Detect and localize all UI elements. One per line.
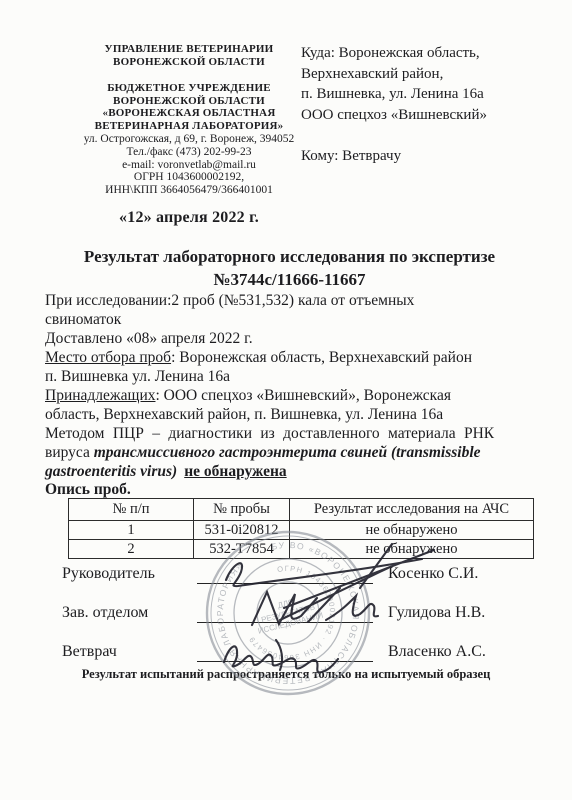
delivered-line: Доставлено «08» апреля 2022 г. <box>45 329 534 348</box>
signer-role: Ветврач <box>62 643 117 661</box>
recipient-line: ООО спецхоз «Вишневский» <box>301 105 551 126</box>
sampling-place-text: : Воронежская область, Верхнехавский рай… <box>171 349 472 366</box>
authority-line: УПРАВЛЕНИЕ ВЕТЕРИНАРИИ <box>38 43 340 56</box>
paragraph-sampling-place: Место отбора проб: Воронежская область, … <box>45 348 534 386</box>
table-header-row: № п/п № пробы Результат исследования на … <box>69 499 534 521</box>
recipient-attn: Кому: Ветврачу <box>301 146 551 167</box>
signature-ink-kosenko <box>284 550 434 608</box>
sender-block: УПРАВЛЕНИЕ ВЕТЕРИНАРИИ ВОРОНЕЖСКОЙ ОБЛАС… <box>38 43 340 227</box>
signer-role: Зав. отделом <box>62 604 148 622</box>
sampling-place-label: Место отбора проб <box>45 349 171 366</box>
title-line: Результат лабораторного исследования по … <box>45 246 534 269</box>
research-line: При исследовании:2 проб (№531,532) кала … <box>45 291 534 310</box>
letter-body: Результат лабораторного исследования по … <box>45 246 534 559</box>
owner-label: Принадлежащих <box>45 387 155 404</box>
page-title: Результат лабораторного исследования по … <box>45 246 534 291</box>
scanned-letter-page: УПРАВЛЕНИЕ ВЕТЕРИНАРИИ ВОРОНЕЖСКОЙ ОБЛАС… <box>0 0 572 800</box>
disease-name-italic: трансмиссивного гастроэнтерита свиней (t… <box>94 444 481 461</box>
method-line: Методом ПЦР – диагностики из доставленно… <box>45 424 534 443</box>
recipient-line: Куда: Воронежская область, <box>301 43 551 64</box>
sampling-place-text: п. Вишневка ул. Ленина 16а <box>45 367 534 386</box>
result-not-detected: не обнаружена <box>184 463 286 480</box>
research-line: свиноматок <box>45 310 534 329</box>
paragraph-owner: Принадлежащих: ООО спецхоз «Вишневский»,… <box>45 386 534 424</box>
column-header: № п/п <box>69 499 194 521</box>
recipient-line: Верхнехавский район, <box>301 64 551 85</box>
sender-ogrn: ОГРН 1043600002192, <box>38 171 340 184</box>
signature-ink-gulidova <box>280 568 388 620</box>
sender-address: ул. Острогожская, д 69, г. Воронеж, 3940… <box>38 133 340 146</box>
column-header: Результат исследования на АЧС <box>290 499 534 521</box>
recipient-line: п. Вишневка, ул. Ленина 16а <box>301 84 551 105</box>
owner-text: область, Верхнехавский район, п. Вишневк… <box>45 405 534 424</box>
paragraph-delivered: Доставлено «08» апреля 2022 г. <box>45 329 534 348</box>
method-text: вируса <box>45 444 94 461</box>
recipient-block: Куда: Воронежская область, Верхнехавский… <box>301 43 551 167</box>
signature-ink-kosenko <box>226 559 422 586</box>
organization-line: ВОРОНЕЖСКОЙ ОБЛАСТИ <box>38 95 340 108</box>
column-header: № пробы <box>194 499 290 521</box>
signature-ink-gulidova <box>308 588 378 622</box>
title-line: №3744с/11666-11667 <box>45 269 534 292</box>
organization-line: ВЕТЕРИНАРНАЯ ЛАБОРАТОРИЯ» <box>38 120 340 133</box>
handwritten-signatures-ink <box>180 528 540 678</box>
inventory-heading: Опись проб. <box>45 481 534 498</box>
disease-name-italic: gastroenteritis virus) <box>45 463 177 480</box>
owner-text: : ООО спецхоз «Вишневский», Воронежская <box>155 387 451 404</box>
table-cell: 2 <box>69 540 194 559</box>
sender-email: e-mail: voronvetlab@mail.ru <box>38 159 340 172</box>
sender-inn-kpp: ИНН\КПП 3664056479/366401001 <box>38 184 340 197</box>
table-cell: 1 <box>69 521 194 540</box>
signer-role: Руководитель <box>62 565 155 583</box>
organization-line: БЮДЖЕТНОЕ УЧРЕЖДЕНИЕ <box>38 82 340 95</box>
organization-line: «ВОРОНЕЖСКАЯ ОБЛАСТНАЯ <box>38 107 340 120</box>
sender-phone: Тел./факс (473) 202-99-23 <box>38 146 340 159</box>
letter-date: «12» апреля 2022 г. <box>38 209 340 227</box>
paragraph-method-result: Методом ПЦР – диагностики из доставленно… <box>45 424 534 481</box>
paragraph-research: При исследовании:2 проб (№531,532) кала … <box>45 291 534 329</box>
authority-line: ВОРОНЕЖСКОЙ ОБЛАСТИ <box>38 56 340 69</box>
